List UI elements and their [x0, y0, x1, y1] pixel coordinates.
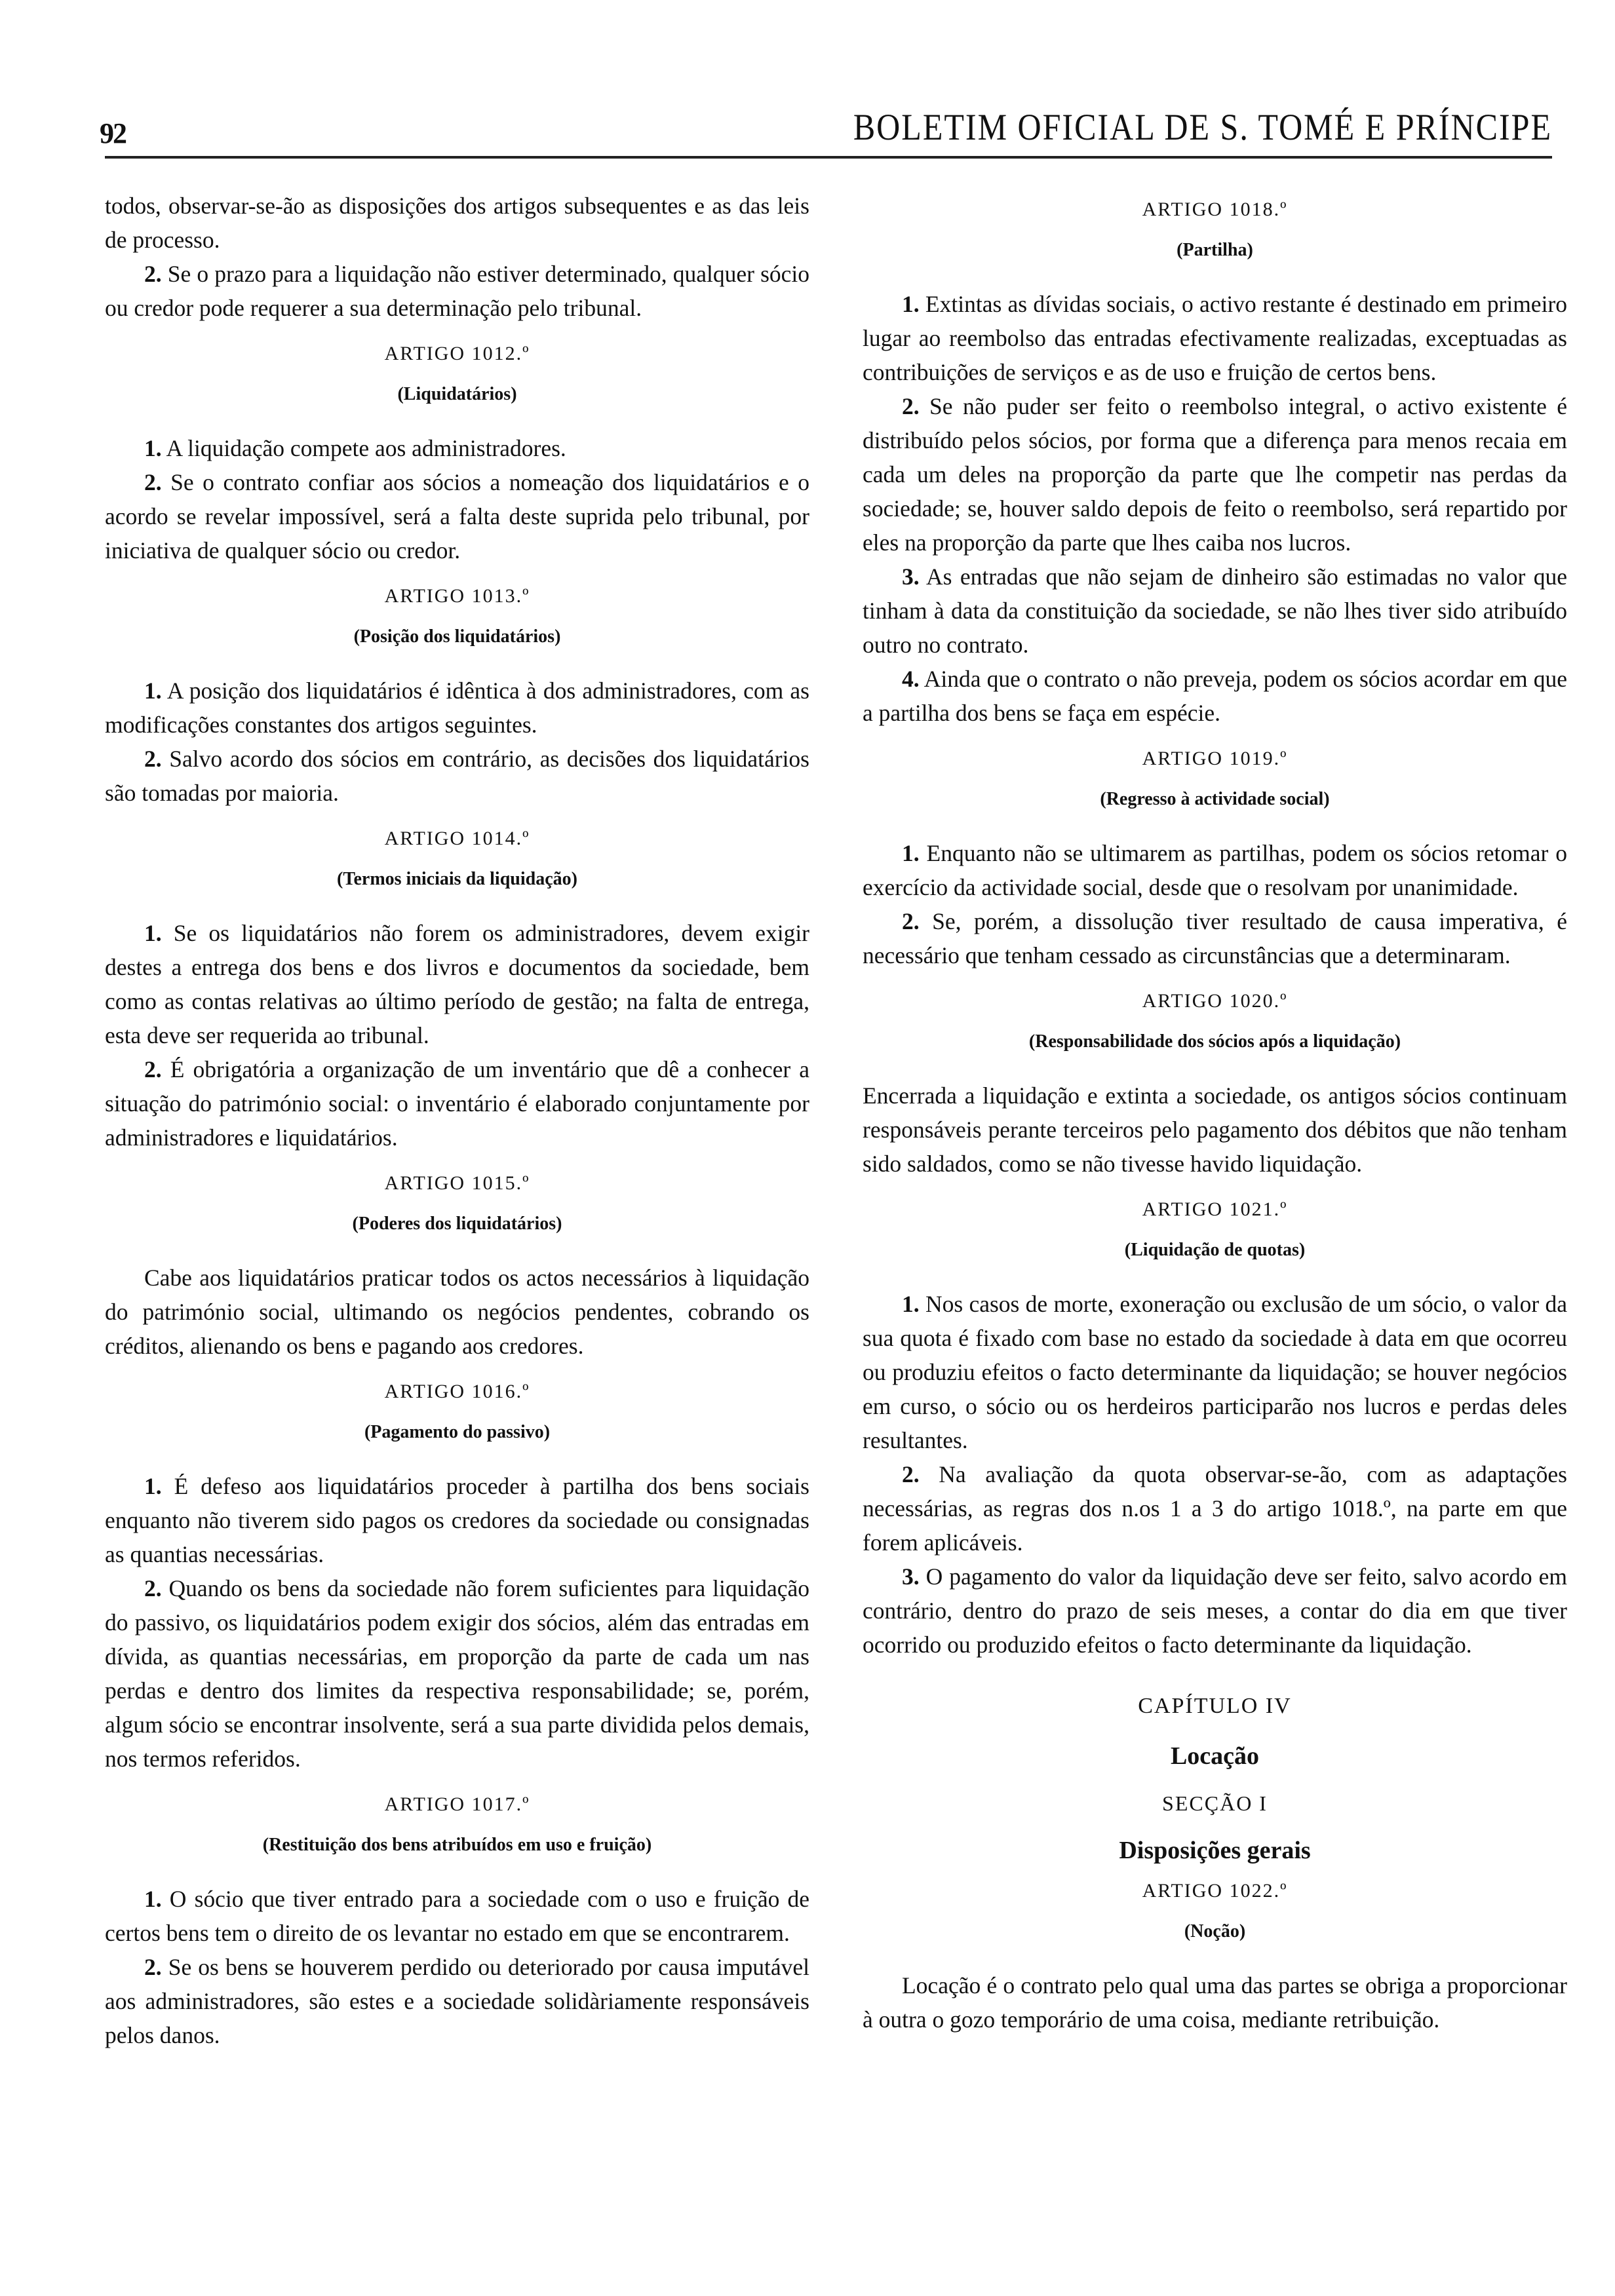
article-1014: ARTIGO 1014.º (Termos iniciais da liquid…: [105, 826, 809, 1155]
paragraph-text: A posição dos liquidatários é idêntica à…: [105, 678, 809, 738]
paragraph-text: Salvo acordo dos sócios em contrário, as…: [105, 746, 809, 806]
article-title: ARTIGO 1016.º: [105, 1379, 809, 1405]
paragraph: 3. As entradas que não sejam de dinheiro…: [863, 560, 1567, 662]
article-title: ARTIGO 1013.º: [105, 583, 809, 609]
paragraph-text: Ainda que o contrato o não preveja, pode…: [863, 666, 1567, 726]
paragraph-text: É obrigatória a organização de um invent…: [105, 1056, 809, 1151]
paragraph: 1. O sócio que tiver entrado para a soci…: [105, 1882, 809, 1950]
paragraph-text: A liquidação compete aos administradores…: [166, 435, 566, 461]
paragraph-number: 3.: [902, 564, 920, 590]
paragraph-text: Encerrada a liquidação e extinta a socie…: [863, 1082, 1567, 1177]
paragraph: Cabe aos liquidatários praticar todos os…: [105, 1261, 809, 1363]
paragraph-text: Se os liquidatários não forem os adminis…: [105, 920, 809, 1048]
chapter-block: CAPÍTULO IV Locação SECÇÃO I Disposições…: [863, 1692, 1567, 1866]
article-1016: ARTIGO 1016.º (Pagamento do passivo) 1. …: [105, 1379, 809, 1776]
chapter-title: Locação: [863, 1740, 1567, 1772]
page-number: 92: [100, 117, 126, 150]
paragraph-number: 1.: [902, 1291, 920, 1317]
paragraph-number: 2.: [144, 1056, 162, 1082]
paragraph: 2. Na avaliação da quota observar-se-ão,…: [863, 1457, 1567, 1559]
paragraph: 4. Ainda que o contrato o não preveja, p…: [863, 662, 1567, 730]
article-subtitle: (Liquidação de quotas): [863, 1237, 1567, 1263]
paragraph-number: 1.: [902, 840, 920, 866]
paragraph-text: Se, porém, a dissolução tiver resultado …: [863, 908, 1567, 968]
article-title: ARTIGO 1012.º: [105, 341, 809, 367]
article-1022: ARTIGO 1022.º (Noção) Locação é o contra…: [863, 1878, 1567, 2037]
paragraph-text: Quando os bens da sociedade não forem su…: [105, 1575, 809, 1772]
article-title: ARTIGO 1021.º: [863, 1196, 1567, 1223]
article-subtitle: (Termos iniciais da liquidação): [105, 866, 809, 892]
paragraph-number: 2.: [902, 908, 920, 934]
left-column: todos, observar-se-ão as disposições dos…: [105, 189, 809, 2052]
chapter-label: CAPÍTULO IV: [863, 1692, 1567, 1721]
paragraph: 1. Extintas as dívidas sociais, o activo…: [863, 287, 1567, 389]
paragraph: 2. É obrigatória a organização de um inv…: [105, 1052, 809, 1155]
article-title: ARTIGO 1022.º: [863, 1878, 1567, 1904]
paragraph-number: 1.: [144, 1886, 162, 1912]
section-label: SECÇÃO I: [863, 1789, 1567, 1818]
paragraph-text: Se não puder ser feito o reembolso integ…: [863, 393, 1567, 556]
paragraph: Encerrada a liquidação e extinta a socie…: [863, 1079, 1567, 1181]
header-rule: [105, 156, 1552, 159]
paragraph-text: Na avaliação da quota observar-se-ão, co…: [863, 1461, 1567, 1556]
paragraph: 1. A liquidação compete aos administrado…: [105, 431, 809, 465]
paragraph: 2. Salvo acordo dos sócios em contrário,…: [105, 742, 809, 810]
article-1017: ARTIGO 1017.º (Restituição dos bens atri…: [105, 1791, 809, 2052]
paragraph-text: As entradas que não sejam de dinheiro sã…: [863, 564, 1567, 658]
paragraph-number: 2.: [144, 469, 162, 495]
paragraph-number: 2.: [144, 746, 162, 772]
paragraph-number: 1.: [144, 1473, 162, 1499]
article-1019: ARTIGO 1019.º (Regresso à actividade soc…: [863, 746, 1567, 972]
article-subtitle: (Liquidatários): [105, 381, 809, 408]
paragraph-number: 2.: [902, 1461, 920, 1487]
article-title: ARTIGO 1018.º: [863, 197, 1567, 223]
paragraph-number: 4.: [902, 666, 920, 692]
paragraph-number: 1.: [144, 435, 162, 461]
article-title: ARTIGO 1015.º: [105, 1170, 809, 1196]
article-title: ARTIGO 1014.º: [105, 826, 809, 852]
paragraph: 2. Se o prazo para a liquidação não esti…: [105, 257, 809, 325]
article-subtitle: (Pagamento do passivo): [105, 1419, 809, 1445]
paragraph-number: 1.: [144, 920, 162, 946]
paragraph-text: Enquanto não se ultimarem as partilhas, …: [863, 840, 1567, 900]
continuation-paragraph: todos, observar-se-ão as disposições dos…: [105, 189, 809, 257]
paragraph: 1. Se os liquidatários não forem os admi…: [105, 916, 809, 1052]
paragraph-text: Se o prazo para a liquidação não estiver…: [105, 261, 809, 321]
article-subtitle: (Partilha): [863, 237, 1567, 263]
paragraph: 2. Quando os bens da sociedade não forem…: [105, 1571, 809, 1776]
paragraph: 1. A posição dos liquidatários é idêntic…: [105, 674, 809, 742]
paragraph-text: Locação é o contrato pelo qual uma das p…: [863, 1972, 1567, 2033]
paragraph: 2. Se, porém, a dissolução tiver resulta…: [863, 904, 1567, 972]
paragraph: 2. Se os bens se houverem perdido ou det…: [105, 1950, 809, 2052]
paragraph: 2. Se não puder ser feito o reembolso in…: [863, 389, 1567, 560]
paragraph-text: O pagamento do valor da liquidação deve …: [863, 1563, 1567, 1658]
paragraph-text: Cabe aos liquidatários praticar todos os…: [105, 1265, 809, 1359]
paragraph-number: 1.: [902, 291, 920, 317]
article-subtitle: (Restituição dos bens atribuídos em uso …: [105, 1832, 809, 1858]
paragraph: Locação é o contrato pelo qual uma das p…: [863, 1968, 1567, 2037]
paragraph-number: 3.: [902, 1563, 920, 1590]
paragraph-text: É defeso aos liquidatários proceder à pa…: [105, 1473, 809, 1567]
paragraph-number: 2.: [902, 393, 920, 419]
article-subtitle: (Responsabilidade dos sócios após a liqu…: [863, 1029, 1567, 1055]
article-title: ARTIGO 1020.º: [863, 988, 1567, 1014]
paragraph-number: 2.: [144, 1575, 162, 1601]
paragraph-text: Se o contrato confiar aos sócios a nomea…: [105, 469, 809, 564]
paragraph-text: O sócio que tiver entrado para a socieda…: [105, 1886, 809, 1946]
article-1012: ARTIGO 1012.º (Liquidatários) 1. A liqui…: [105, 341, 809, 567]
paragraph: 2. Se o contrato confiar aos sócios a no…: [105, 465, 809, 567]
paragraph-number: 2.: [144, 261, 162, 287]
paragraph: 1. Enquanto não se ultimarem as partilha…: [863, 836, 1567, 904]
article-title: ARTIGO 1017.º: [105, 1791, 809, 1818]
paragraph: 1. É defeso aos liquidatários proceder à…: [105, 1469, 809, 1571]
paragraph-number: 1.: [144, 678, 162, 704]
running-title: BOLETIM OFICIAL DE S. TOMÉ E PRÍNCIPE: [853, 105, 1552, 149]
article-1020: ARTIGO 1020.º (Responsabilidade dos sóci…: [863, 988, 1567, 1181]
section-title: Disposições gerais: [863, 1835, 1567, 1866]
article-1018: ARTIGO 1018.º (Partilha) 1. Extintas as …: [863, 197, 1567, 730]
paragraph: 3. O pagamento do valor da liquidação de…: [863, 1559, 1567, 1662]
article-subtitle: (Regresso à actividade social): [863, 786, 1567, 813]
article-1013: ARTIGO 1013.º (Posição dos liquidatários…: [105, 583, 809, 810]
paragraph: 1. Nos casos de morte, exoneração ou exc…: [863, 1287, 1567, 1457]
article-subtitle: (Posição dos liquidatários): [105, 624, 809, 650]
paragraph-text: Nos casos de morte, exoneração ou exclus…: [863, 1291, 1567, 1453]
right-column: ARTIGO 1018.º (Partilha) 1. Extintas as …: [863, 197, 1567, 2037]
article-subtitle: (Poderes dos liquidatários): [105, 1211, 809, 1237]
paragraph-text: Se os bens se houverem perdido ou deteri…: [105, 1954, 809, 2048]
article-subtitle: (Noção): [863, 1919, 1567, 1945]
article-title: ARTIGO 1019.º: [863, 746, 1567, 772]
paragraph-text: Extintas as dívidas sociais, o activo re…: [863, 291, 1567, 385]
article-1015: ARTIGO 1015.º (Poderes dos liquidatários…: [105, 1170, 809, 1363]
article-1021: ARTIGO 1021.º (Liquidação de quotas) 1. …: [863, 1196, 1567, 1662]
paragraph-number: 2.: [144, 1954, 162, 1980]
